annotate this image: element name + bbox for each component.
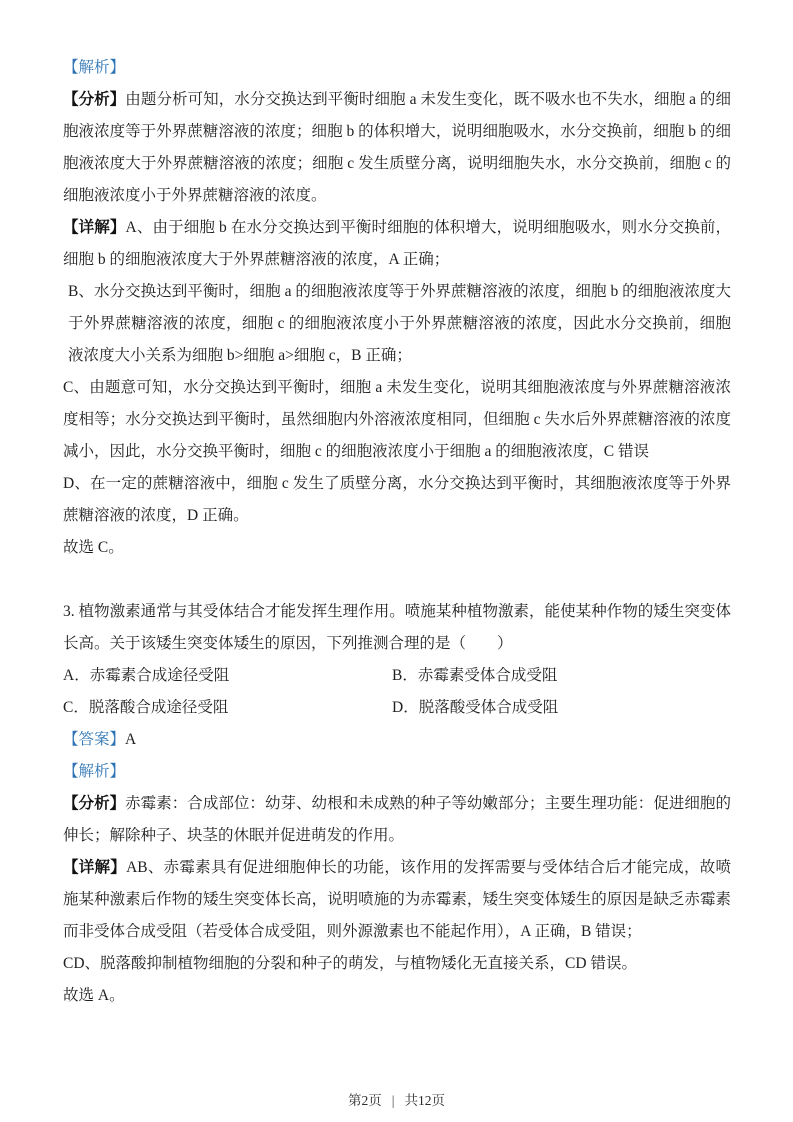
option-c: C．脱落酸合成途径受阻 <box>63 692 392 724</box>
conclusion-text: 故选 A。 <box>63 987 125 1004</box>
xiangjie-point-ab-text: AB、赤霉素具有促进细胞伸长的功能，该作用的发挥需要与受体结合后才能完成，故喷施… <box>63 859 731 940</box>
option-a: A．赤霉素合成途径受阻 <box>63 660 392 692</box>
answer-label: 【答案】 <box>63 731 125 748</box>
q2-fenxi-paragraph: 【分析】由题分析可知，水分交换达到平衡时细胞 a 未发生变化，既不吸水也不失水，… <box>63 84 731 212</box>
footer-page-number: 第2页 <box>348 1093 382 1108</box>
q2-point-c-paragraph: C、由题意可知，水分交换达到平衡时，细胞 a 未发生变化，说明其细胞液浓度与外界… <box>63 372 731 468</box>
conclusion-text: 故选 C。 <box>63 539 124 556</box>
question-3-block: 3. 植物激素通常与其受体结合才能发挥生理作用。喷施某种植物激素，能使某种作物的… <box>63 596 731 1012</box>
point-c-text: C、由题意可知，水分交换达到平衡时，细胞 a 未发生变化，说明其细胞液浓度与外界… <box>63 379 731 460</box>
point-cd-text: CD、脱落酸抑制植物细胞的分裂和种子的萌发，与植物矮化无直接关系，CD 错误。 <box>63 955 637 972</box>
fenxi-label: 【分析】 <box>63 795 125 812</box>
jiexi-label: 【解析】 <box>63 59 125 76</box>
fenxi-text: 由题分析可知，水分交换达到平衡时细胞 a 未发生变化，既不吸水也不失水，细胞 a… <box>63 91 731 204</box>
q3-jiexi-heading: 【解析】 <box>63 756 731 788</box>
fenxi-text: 赤霉素：合成部位：幼芽、幼根和未成熟的种子等幼嫩部分；主要生理功能：促进细胞的伸… <box>63 795 731 844</box>
q2-jiexi-heading: 【解析】 <box>63 52 731 84</box>
q2-conclusion: 故选 C。 <box>63 532 731 564</box>
q3-xiangjie-paragraph-ab: 【详解】AB、赤霉素具有促进细胞伸长的功能，该作用的发挥需要与受体结合后才能完成… <box>63 852 731 948</box>
q3-stem: 3. 植物激素通常与其受体结合才能发挥生理作用。喷施某种植物激素，能使某种作物的… <box>63 596 731 660</box>
exam-document-page: 【解析】 【分析】由题分析可知，水分交换达到平衡时细胞 a 未发生变化，既不吸水… <box>0 0 793 1122</box>
point-d-text: D、在一定的蔗糖溶液中，细胞 c 发生了质壁分离，水分交换达到平衡时，其细胞液浓… <box>63 475 731 524</box>
q3-options: A．赤霉素合成途径受阻 B．赤霉素受体合成受阻 C．脱落酸合成途径受阻 D．脱落… <box>63 660 731 724</box>
q3-stem-text: 3. 植物激素通常与其受体结合才能发挥生理作用。喷施某种植物激素，能使某种作物的… <box>63 603 731 652</box>
answer-value: A <box>125 731 136 748</box>
xiangjie-point-a-text: A、由于细胞 b 在水分交换达到平衡时细胞的体积增大，说明细胞吸水，则水分交换前… <box>63 219 731 268</box>
xiangjie-label: 【详解】 <box>63 859 126 876</box>
jiexi-label: 【解析】 <box>63 763 125 780</box>
q3-answer-line: 【答案】A <box>63 724 731 756</box>
option-d: D．脱落酸受体合成受阻 <box>392 692 731 724</box>
q2-point-b-paragraph: B、水分交换达到平衡时，细胞 a 的细胞液浓度等于外界蔗糖溶液的浓度，细胞 b … <box>63 276 731 372</box>
option-b: B．赤霉素受体合成受阻 <box>392 660 731 692</box>
point-b-text: B、水分交换达到平衡时，细胞 a 的细胞液浓度等于外界蔗糖溶液的浓度，细胞 b … <box>68 283 731 364</box>
q3-fenxi-paragraph: 【分析】赤霉素：合成部位：幼芽、幼根和未成熟的种子等幼嫩部分；主要生理功能：促进… <box>63 788 731 852</box>
q2-xiangjie-paragraph-a: 【详解】A、由于细胞 b 在水分交换达到平衡时细胞的体积增大，说明细胞吸水，则水… <box>63 212 731 276</box>
fenxi-label: 【分析】 <box>63 91 125 108</box>
footer-separator: | <box>392 1093 395 1108</box>
page-footer: 第2页|共12页 <box>0 1092 793 1110</box>
footer-total-pages: 共12页 <box>404 1093 445 1108</box>
q3-conclusion: 故选 A。 <box>63 980 731 1012</box>
q3-point-cd-paragraph: CD、脱落酸抑制植物细胞的分裂和种子的萌发，与植物矮化无直接关系，CD 错误。 <box>63 948 731 980</box>
document-content: 【解析】 【分析】由题分析可知，水分交换达到平衡时细胞 a 未发生变化，既不吸水… <box>0 0 793 1012</box>
q2-point-d-paragraph: D、在一定的蔗糖溶液中，细胞 c 发生了质壁分离，水分交换达到平衡时，其细胞液浓… <box>63 468 731 532</box>
xiangjie-label: 【详解】 <box>63 219 126 236</box>
